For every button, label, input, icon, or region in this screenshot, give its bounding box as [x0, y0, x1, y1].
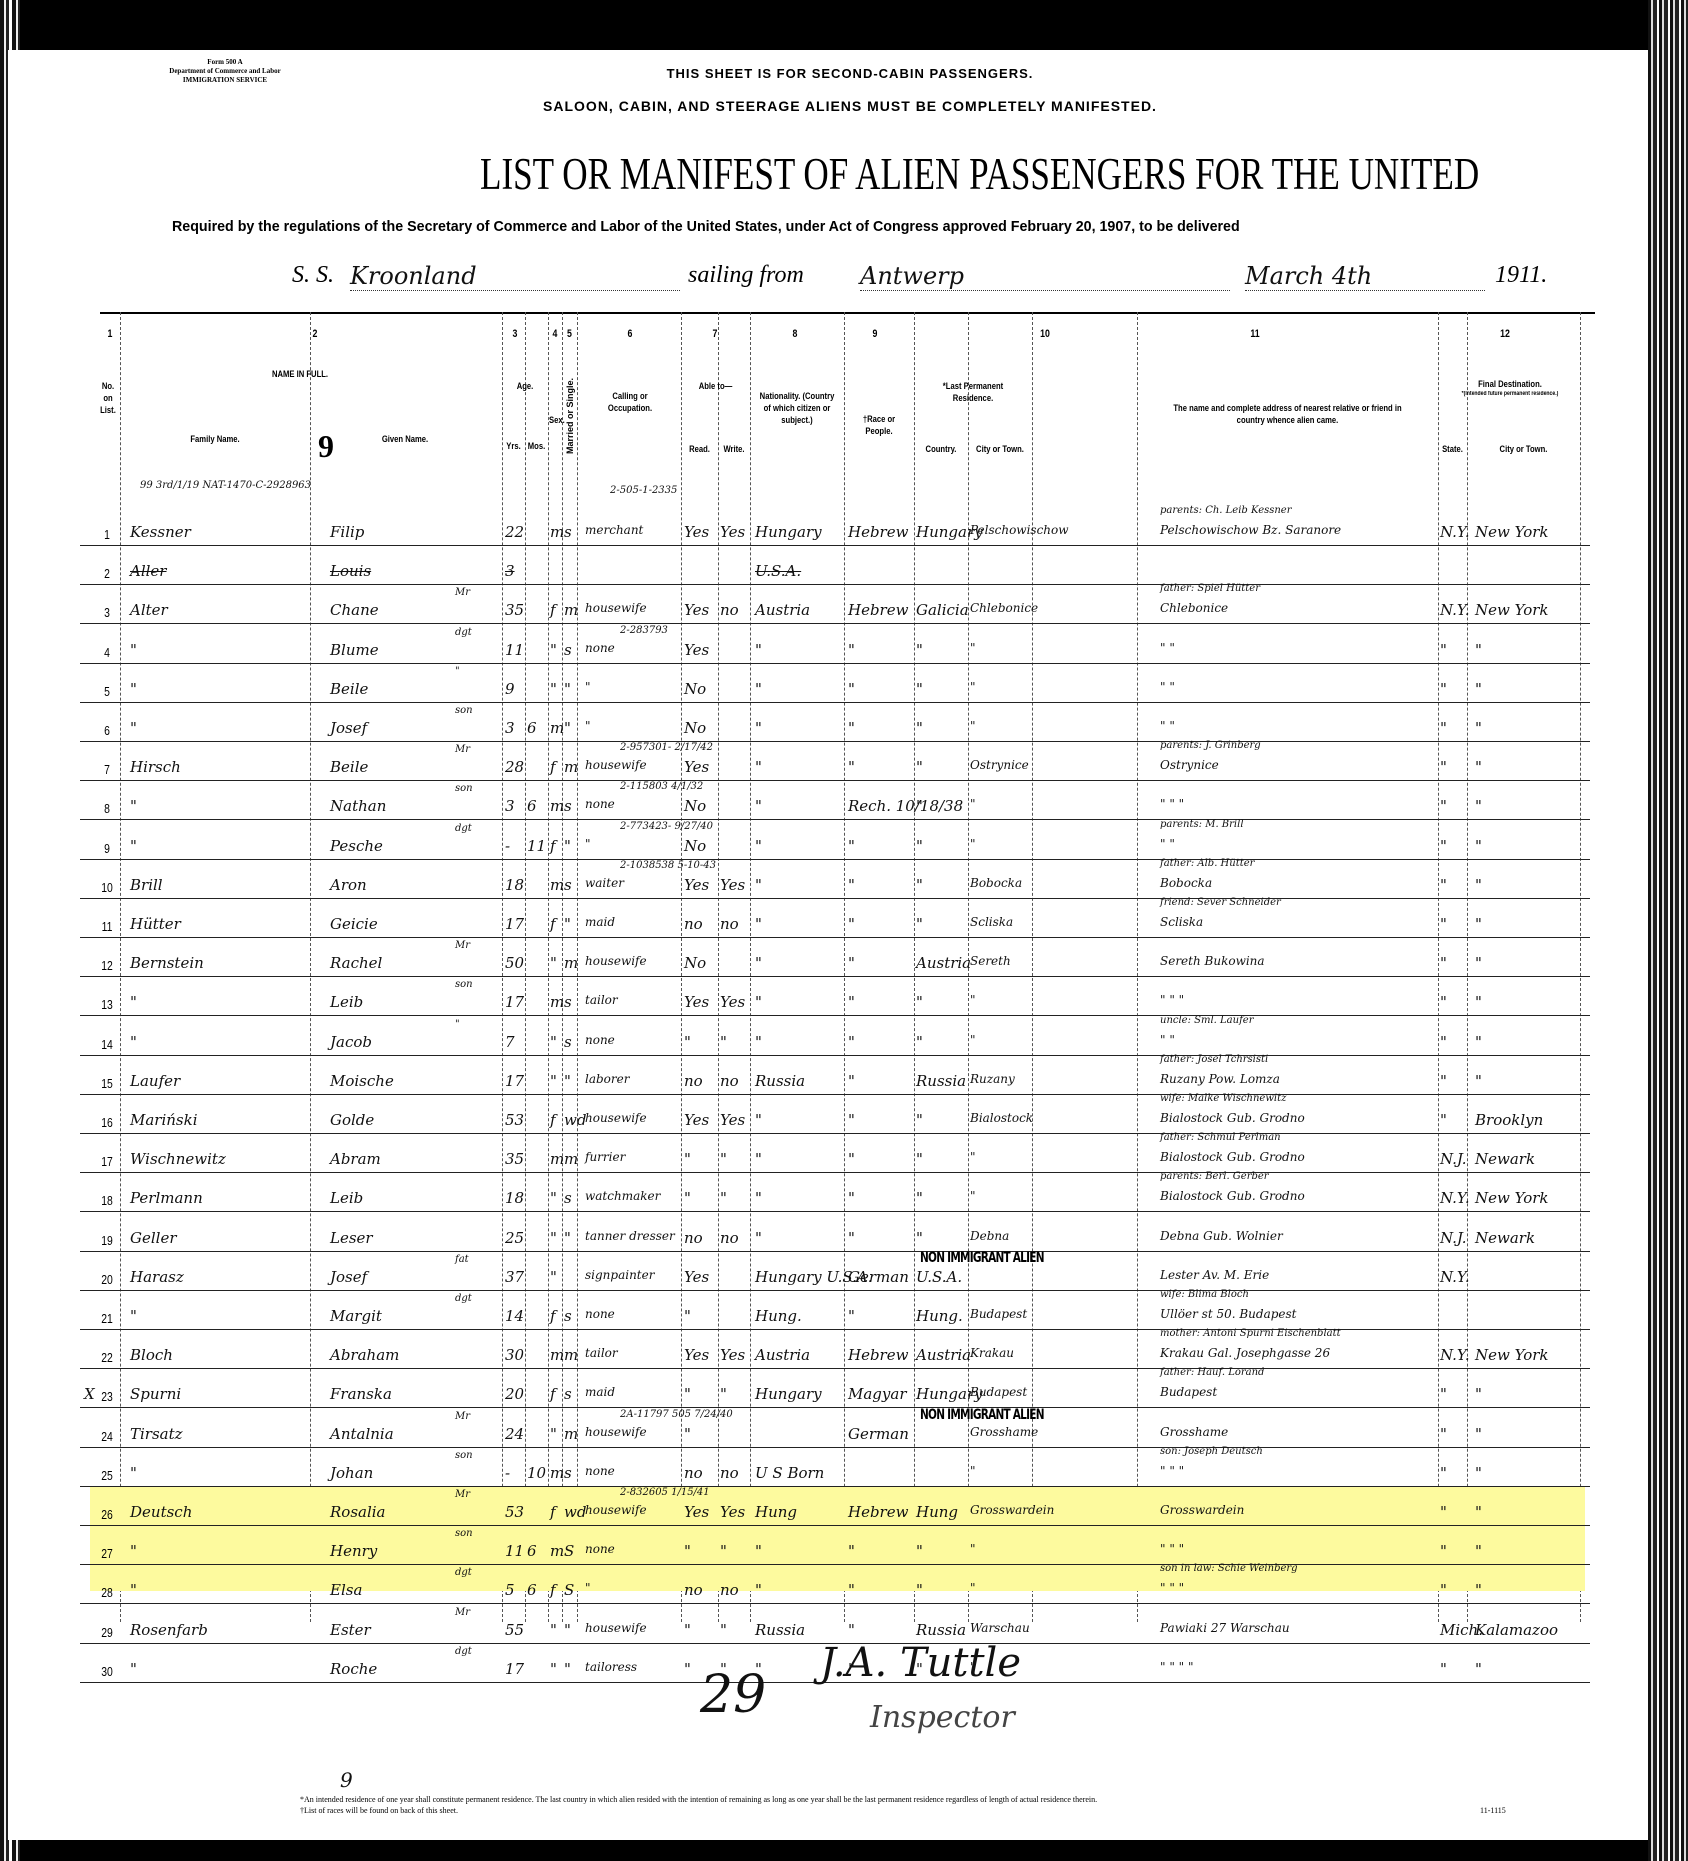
- given-name: Chane: [330, 601, 379, 619]
- nationality: Hungary: [755, 523, 822, 541]
- row-line: [80, 1407, 1590, 1408]
- can-read: ": [684, 1150, 691, 1168]
- given-name: Josef: [330, 719, 367, 737]
- page-mark: 9: [340, 1768, 353, 1792]
- age-years: 28: [505, 758, 524, 776]
- header-state: State.: [1440, 443, 1465, 455]
- relative-address: " " ": [1160, 1464, 1184, 1478]
- can-write: ": [720, 1385, 727, 1403]
- ss-label: S. S.: [292, 262, 334, 289]
- residence-country: U.S.A.: [916, 1268, 962, 1286]
- family-name: Hirsch: [130, 758, 181, 776]
- can-read: Yes: [684, 601, 709, 619]
- can-read: no: [684, 915, 703, 933]
- marital-status: s: [564, 1033, 572, 1051]
- given-name: Rachel: [330, 954, 382, 972]
- marital-status: ": [564, 915, 571, 933]
- age-years: 11: [505, 641, 524, 659]
- col-num-2: 2: [303, 328, 327, 340]
- race: ": [848, 1542, 855, 1560]
- can-write: ": [720, 1189, 727, 1207]
- dest-state: ": [1440, 641, 1447, 659]
- residence-city: Warschau: [970, 1621, 1030, 1635]
- col-divider: [502, 312, 504, 1622]
- sex: ": [550, 1229, 557, 1247]
- inspector-title: Inspector: [870, 1700, 1015, 1735]
- marital-status: ": [564, 1660, 571, 1678]
- given-name: Elsa: [330, 1581, 362, 1599]
- residence-city: Scliska: [970, 915, 1013, 929]
- can-write: no: [720, 1072, 739, 1090]
- family-name: ": [130, 837, 137, 855]
- family-name: Deutsch: [130, 1503, 192, 1521]
- occupation: housewife: [585, 954, 647, 968]
- relative-note: parents: M. Brill: [1160, 819, 1244, 830]
- given-name: Johan: [330, 1464, 373, 1482]
- marital-status: s: [564, 641, 572, 659]
- header-relative: The name and complete address of nearest…: [1166, 402, 1408, 426]
- dest-state: ": [1440, 876, 1447, 894]
- row-line: [80, 1525, 1590, 1526]
- residence-city: Sereth: [970, 954, 1011, 968]
- relative-note: father: Schmul Perlman: [1160, 1132, 1281, 1143]
- can-read: no: [684, 1072, 703, 1090]
- dest-city: New York: [1475, 523, 1549, 541]
- sheet-note-1: THIS SHEET IS FOR SECOND-CABIN PASSENGER…: [400, 66, 1300, 81]
- certificate-annotation: 2-957301- 2/17/42: [620, 742, 713, 753]
- highlighted-deutsch-family: [90, 1487, 1585, 1591]
- age-years: 17: [505, 1660, 524, 1678]
- sex: ": [550, 954, 557, 972]
- family-name: Harasz: [130, 1268, 184, 1286]
- row-line: [80, 976, 1590, 977]
- residence-city: ": [970, 1189, 976, 1203]
- given-name: Leib: [330, 993, 363, 1011]
- occupation: signpainter: [585, 1268, 654, 1282]
- sex: m: [550, 1464, 564, 1482]
- residence-city: Chlebonice: [970, 601, 1038, 615]
- row-number: 9: [98, 841, 116, 856]
- header-age: Age.: [505, 380, 544, 392]
- race: ": [848, 1033, 855, 1051]
- can-read: Yes: [684, 993, 709, 1011]
- dest-city: Newark: [1475, 1150, 1535, 1168]
- age-years: 35: [505, 601, 524, 619]
- row-number: 17: [98, 1154, 116, 1169]
- port-of-departure: Antwerp: [860, 262, 1230, 291]
- occupation: maid: [585, 1385, 615, 1399]
- marital-status: S: [564, 1542, 574, 1560]
- col-divider: [120, 312, 122, 1622]
- relation-tag: fat: [455, 1254, 469, 1265]
- residence-city: Grosswardein: [970, 1503, 1054, 1517]
- can-write: no: [720, 601, 739, 619]
- race: ": [848, 1072, 855, 1090]
- race: ": [848, 758, 855, 776]
- relative-address: Debna Gub. Wolnier: [1160, 1229, 1283, 1243]
- header-no-on-list: No. on List.: [98, 380, 118, 416]
- marital-status: ": [564, 1229, 571, 1247]
- occupation: housewife: [585, 1425, 647, 1439]
- relation-tag: Mr: [455, 744, 470, 755]
- given-name: Ester: [330, 1621, 371, 1639]
- residence-country: ": [916, 1189, 923, 1207]
- marital-status: m: [564, 954, 578, 972]
- marital-status: m: [564, 601, 578, 619]
- relative-address: Ostrynice: [1160, 758, 1219, 772]
- marital-status: m: [564, 758, 578, 776]
- age-years: -: [505, 837, 510, 855]
- row-number: 28: [98, 1585, 116, 1600]
- sex: ": [550, 1072, 557, 1090]
- relative-address: " " " ": [1160, 1660, 1194, 1674]
- relation-tag: ": [455, 666, 460, 677]
- col-divider: [1580, 312, 1582, 1622]
- can-write: Yes: [720, 876, 745, 894]
- header-family-name: Family Name.: [168, 433, 262, 445]
- can-write: no: [720, 1229, 739, 1247]
- header-nationality: Nationality. (Country of which citizen o…: [759, 390, 836, 426]
- marital-status: s: [564, 1464, 572, 1482]
- sex: f: [550, 1385, 556, 1403]
- can-read: ": [684, 1542, 691, 1560]
- certificate-annotation: 2-1038538 5-10-43: [620, 860, 716, 871]
- dest-state: ": [1440, 1111, 1447, 1129]
- family-name: Spurni: [130, 1385, 181, 1403]
- relation-tag: ": [455, 1019, 460, 1030]
- sex: f: [550, 1307, 556, 1325]
- sex: f: [550, 601, 556, 619]
- marital-status: m: [564, 1346, 578, 1364]
- age-years: 25: [505, 1229, 524, 1247]
- ship-name: Kroonland: [350, 262, 680, 291]
- relative-address: " ": [1160, 641, 1175, 655]
- race: ": [848, 680, 855, 698]
- residence-city: ": [970, 797, 976, 811]
- residence-city: Ruzany: [970, 1072, 1015, 1086]
- age-years: 5: [505, 1581, 515, 1599]
- race: Hebrew: [848, 1346, 908, 1364]
- occupation: watchmaker: [585, 1189, 660, 1203]
- row-number: 25: [98, 1468, 116, 1483]
- age-months: 6: [527, 797, 537, 815]
- dest-state: ": [1440, 993, 1447, 1011]
- residence-country: Hung: [916, 1503, 958, 1521]
- nationality: Russia: [755, 1072, 805, 1090]
- row-line: [80, 1211, 1590, 1212]
- can-write: Yes: [720, 1111, 745, 1129]
- dest-city: New York: [1475, 601, 1549, 619]
- given-name: Antalnia: [330, 1425, 394, 1443]
- relative-note: parents: Berl. Gerber: [1160, 1171, 1269, 1182]
- occupation: ": [585, 1581, 591, 1595]
- dest-state: ": [1440, 1385, 1447, 1403]
- residence-city: ": [970, 1581, 976, 1595]
- residence-city: Ostrynice: [970, 758, 1029, 772]
- dest-state: ": [1440, 954, 1447, 972]
- residence-country: Hung.: [916, 1307, 963, 1325]
- nationality: ": [755, 719, 762, 737]
- residence-country: ": [916, 680, 923, 698]
- nationality: ": [755, 758, 762, 776]
- relative-address: Bialostock Gub. Grodno: [1160, 1150, 1305, 1164]
- header-final-note: *(Intended future permanent residence.): [1451, 390, 1570, 398]
- row-line: [80, 702, 1590, 703]
- family-name: ": [130, 797, 137, 815]
- certificate-annotation: 2-832605 1/15/41: [620, 1487, 710, 1498]
- age-years: 35: [505, 1150, 524, 1168]
- can-read: No: [684, 719, 706, 737]
- given-name: Filip: [330, 523, 364, 541]
- relative-address: Sereth Bukowina: [1160, 954, 1265, 968]
- col-num-3: 3: [507, 328, 523, 340]
- residence-country: Austria: [916, 1346, 971, 1364]
- header-able-to: Able to—: [686, 380, 745, 392]
- row-line: [80, 898, 1590, 899]
- relative-address: " ": [1160, 680, 1175, 694]
- given-name: Geicie: [330, 915, 378, 933]
- relation-tag: son: [455, 783, 473, 794]
- col-num-1: 1: [102, 328, 118, 340]
- row-line: [80, 1329, 1590, 1330]
- occupation: none: [585, 1542, 615, 1556]
- occupation: laborer: [585, 1072, 629, 1086]
- relative-address: Grosshame: [1160, 1425, 1228, 1439]
- occupation: housewife: [585, 601, 647, 615]
- given-name: Blume: [330, 641, 379, 659]
- given-name: Jacob: [330, 1033, 372, 1051]
- dest-state: ": [1440, 1542, 1447, 1560]
- marital-status: wd: [564, 1503, 586, 1521]
- row-number: 2: [98, 566, 116, 581]
- can-write: Yes: [720, 523, 745, 541]
- race: ": [848, 719, 855, 737]
- header-race: †Race or People.: [851, 413, 907, 437]
- footnote-races: †List of races will be found on back of …: [300, 1806, 458, 1815]
- nationality: ": [755, 1229, 762, 1247]
- relation-tag: Mr: [455, 1411, 470, 1422]
- col-divider: [310, 312, 312, 1622]
- can-read: Yes: [684, 1111, 709, 1129]
- service: IMMIGRATION SERVICE: [160, 76, 290, 85]
- sheet-number: 9: [318, 428, 334, 465]
- row-line: [80, 780, 1590, 781]
- family-name: ": [130, 1660, 137, 1678]
- row-number: 11: [98, 919, 116, 934]
- occupation: merchant: [585, 523, 643, 537]
- age-years: 3: [505, 797, 515, 815]
- nationality: ": [755, 876, 762, 894]
- given-name: Josef: [330, 1268, 367, 1286]
- dest-city: ": [1475, 641, 1482, 659]
- marital-status: ": [564, 680, 571, 698]
- residence-city: ": [970, 719, 976, 733]
- row-line: [80, 741, 1590, 742]
- given-name: Abraham: [330, 1346, 399, 1364]
- relative-note: son in law: Schie Weinberg: [1160, 1563, 1298, 1574]
- family-name: Geller: [130, 1229, 177, 1247]
- relation-tag: dgt: [455, 1646, 472, 1657]
- can-read: ": [684, 1307, 691, 1325]
- given-name: Franska: [330, 1385, 392, 1403]
- certificate-annotation: 2-283793: [620, 625, 668, 636]
- row-line: [80, 859, 1590, 860]
- race: German: [848, 1425, 909, 1443]
- race: ": [848, 1189, 855, 1207]
- given-name: Pesche: [330, 837, 383, 855]
- dest-state: ": [1440, 1033, 1447, 1051]
- residence-country: ": [916, 719, 923, 737]
- family-name: ": [130, 1307, 137, 1325]
- family-name: Laufer: [130, 1072, 180, 1090]
- age-months: 6: [527, 1581, 537, 1599]
- race: Hebrew: [848, 601, 908, 619]
- race: Rech. 10/18/38: [848, 797, 963, 815]
- row-number: 10: [98, 880, 116, 895]
- marital-status: ": [564, 719, 571, 737]
- scan-edge-right: [1648, 0, 1688, 1861]
- residence-country: ": [916, 758, 923, 776]
- given-name: Margit: [330, 1307, 382, 1325]
- relative-address: " " ": [1160, 797, 1184, 811]
- given-name: Leser: [330, 1229, 373, 1247]
- race: ": [848, 1111, 855, 1129]
- col-divider: [718, 312, 720, 1622]
- sex: ": [550, 1660, 557, 1678]
- age-months: 10: [527, 1464, 546, 1482]
- dest-city: ": [1475, 954, 1482, 972]
- race: Hebrew: [848, 1503, 908, 1521]
- residence-country: ": [916, 641, 923, 659]
- certificate-annotation: 2-773423- 9/27/40: [620, 821, 713, 832]
- sex: ": [550, 1268, 557, 1286]
- race: Magyar: [848, 1385, 907, 1403]
- residence-country: Russia: [916, 1621, 966, 1639]
- dest-state: ": [1440, 1072, 1447, 1090]
- row-number: 16: [98, 1115, 116, 1130]
- race: ": [848, 837, 855, 855]
- header-calling: Calling or Occupation.: [596, 390, 664, 414]
- row-number: 6: [98, 723, 116, 738]
- race: ": [848, 1150, 855, 1168]
- given-name: Roche: [330, 1660, 377, 1678]
- row-number: 20: [98, 1272, 116, 1287]
- race: ": [848, 641, 855, 659]
- age-years: 30: [505, 1346, 524, 1364]
- nationality: Austria: [755, 601, 810, 619]
- relative-address: Krakau Gal. Josephgasse 26: [1160, 1346, 1330, 1360]
- row-line: [80, 1055, 1590, 1056]
- dest-state: ": [1440, 1503, 1447, 1521]
- sex: ": [550, 1033, 557, 1051]
- race: Hebrew: [848, 523, 908, 541]
- row-number: 19: [98, 1233, 116, 1248]
- row-number: 15: [98, 1076, 116, 1091]
- relative-address: " " ": [1160, 993, 1184, 1007]
- dest-city: ": [1475, 915, 1482, 933]
- header-given-name: Given Name.: [371, 433, 439, 445]
- occupation: none: [585, 641, 615, 655]
- occupation: waiter: [585, 876, 624, 890]
- marital-status: s: [564, 1189, 572, 1207]
- can-write: Yes: [720, 1346, 745, 1364]
- can-read: No: [684, 954, 706, 972]
- race: ": [848, 1307, 855, 1325]
- age-years: 9: [505, 680, 515, 698]
- row-line: [80, 545, 1590, 546]
- can-read: Yes: [684, 1503, 709, 1521]
- dest-state: ": [1440, 1425, 1447, 1443]
- relative-address: Bobocka: [1160, 876, 1212, 890]
- relation-tag: Mr: [455, 940, 470, 951]
- sailing-from-label: sailing from: [688, 262, 804, 289]
- dest-state: N.Y.: [1440, 1189, 1470, 1207]
- relation-tag: Mr: [455, 587, 470, 598]
- col-num-7: 7: [707, 328, 723, 340]
- family-name: Perlmann: [130, 1189, 203, 1207]
- relation-tag: son: [455, 705, 473, 716]
- given-name: Leib: [330, 1189, 363, 1207]
- residence-city: ": [970, 680, 976, 694]
- margin-mark: X: [84, 1385, 95, 1403]
- nationality: ": [755, 680, 762, 698]
- family-name: Alter: [130, 601, 168, 619]
- age-years: 20: [505, 1385, 524, 1403]
- relative-address: Scliska: [1160, 915, 1203, 929]
- row-number: 4: [98, 645, 116, 660]
- dest-state: ": [1440, 758, 1447, 776]
- given-name: Golde: [330, 1111, 374, 1129]
- col-num-11: 11: [1243, 328, 1267, 340]
- nationality: Hung.: [755, 1307, 802, 1325]
- row-line: [80, 937, 1590, 938]
- residence-city: ": [970, 993, 976, 1007]
- marital-status: s: [564, 1307, 572, 1325]
- residence-city: Bialostock: [970, 1111, 1033, 1125]
- occupation: housewife: [585, 1621, 647, 1635]
- dest-city: New York: [1475, 1346, 1549, 1364]
- col-num-8: 8: [787, 328, 803, 340]
- relative-address: Bialostock Gub. Grodno: [1160, 1111, 1305, 1125]
- family-name: Tirsatz: [130, 1425, 183, 1443]
- family-name: Brill: [130, 876, 163, 894]
- given-name: Rosalia: [330, 1503, 386, 1521]
- header-city-town: City or Town.: [973, 443, 1027, 455]
- residence-city: Budapest: [970, 1307, 1027, 1321]
- can-read: no: [684, 1229, 703, 1247]
- page-title: LIST OR MANIFEST OF ALIEN PASSENGERS FOR…: [480, 148, 1479, 200]
- residence-city: ": [970, 1150, 976, 1164]
- row-number: 30: [98, 1664, 116, 1679]
- nationality: ": [755, 1150, 762, 1168]
- relative-address: Chlebonice: [1160, 601, 1228, 615]
- row-number: 24: [98, 1429, 116, 1444]
- can-write: no: [720, 915, 739, 933]
- relative-address: " " ": [1160, 1581, 1184, 1595]
- dest-state: ": [1440, 1464, 1447, 1482]
- race: ": [848, 1581, 855, 1599]
- sex: f: [550, 837, 556, 855]
- residence-city: ": [970, 1464, 976, 1478]
- marital-status: ": [564, 1621, 571, 1639]
- nationality: U.S.A.: [755, 562, 801, 580]
- residence-city: Budapest: [970, 1385, 1027, 1399]
- sex: m: [550, 1346, 564, 1364]
- family-name: ": [130, 1033, 137, 1051]
- relation-tag: dgt: [455, 1293, 472, 1304]
- residence-city: ": [970, 1542, 976, 1556]
- relative-address: " " ": [1160, 1542, 1184, 1556]
